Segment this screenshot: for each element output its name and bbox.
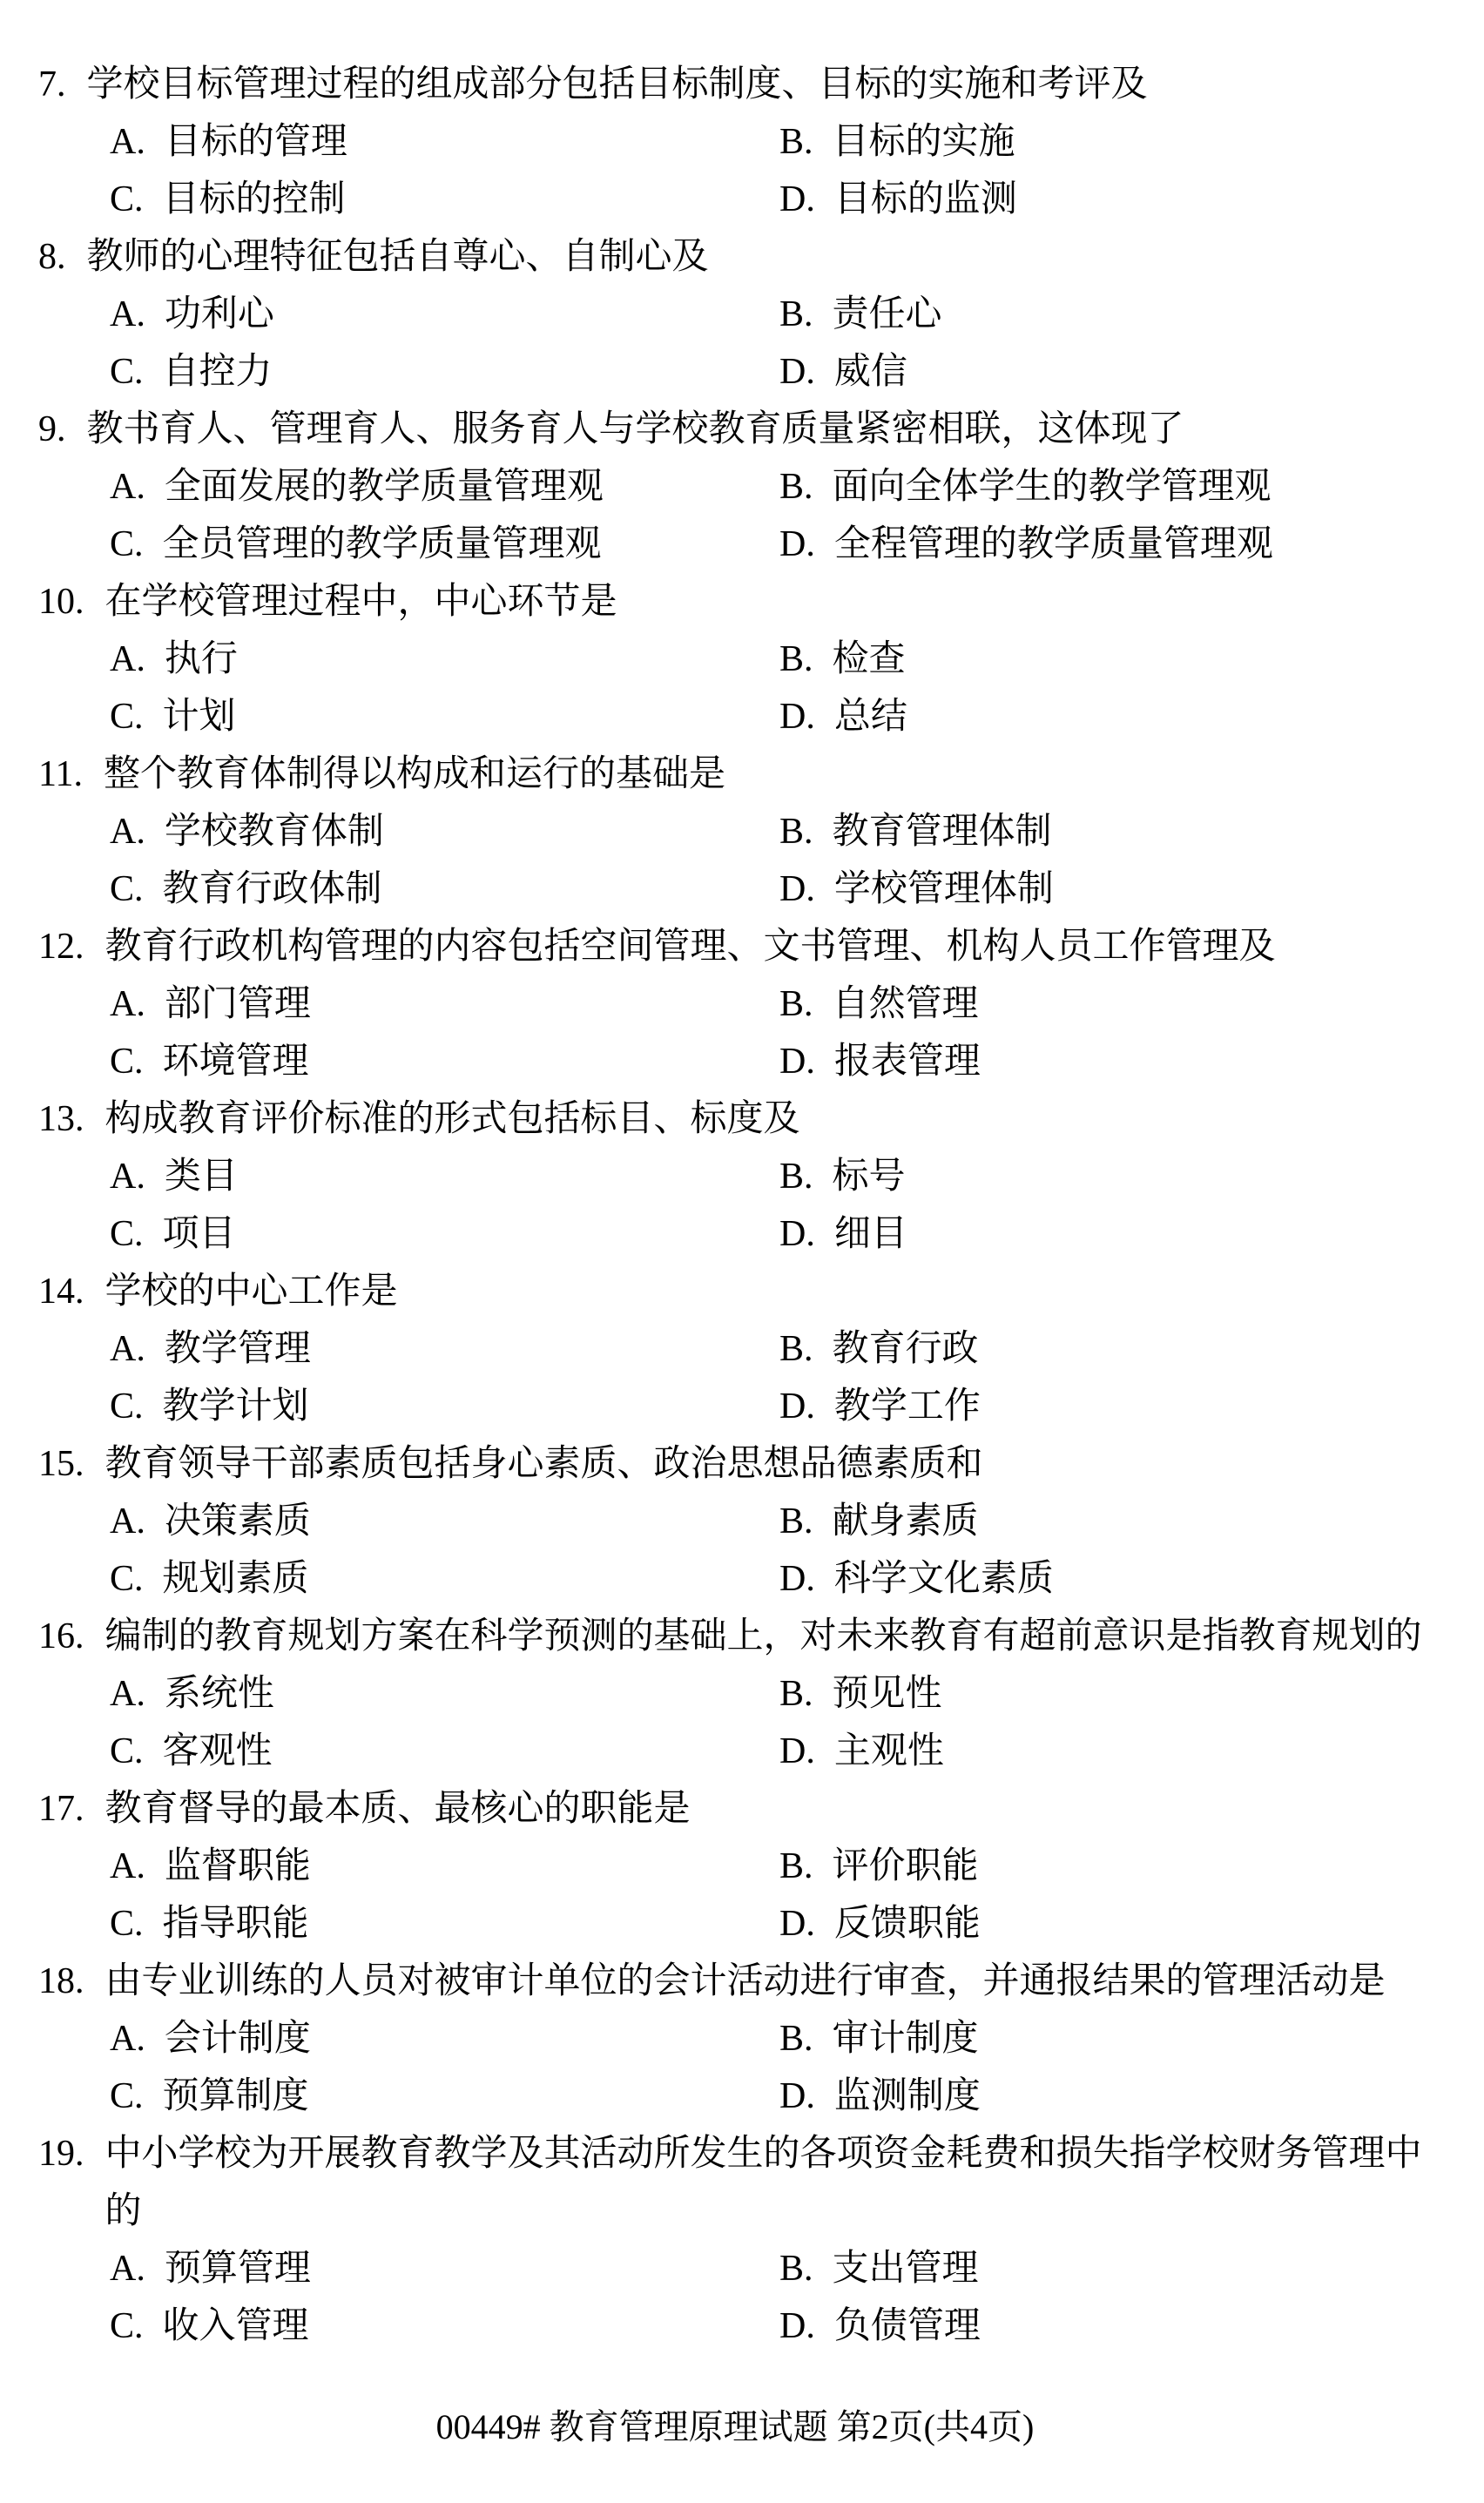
option-letter: C. bbox=[110, 1895, 144, 1953]
question: 13. 构成教育评价标准的形式包括标目、标度及 A. 类目 B. 标号 C. 项… bbox=[38, 1090, 1432, 1263]
option-text: 执行 bbox=[165, 631, 238, 688]
question-head: 14. 学校的中心工作是 bbox=[38, 1263, 1432, 1320]
question-head: 8. 教师的心理特征包括自尊心、自制心及 bbox=[38, 228, 1432, 286]
option-letter: C. bbox=[110, 1378, 144, 1435]
option-b: B. 面向全体学生的教学管理观 bbox=[779, 458, 1432, 516]
option-c: C. 目标的控制 bbox=[110, 171, 779, 228]
question-text: 在学校管理过程中，中心环节是 bbox=[105, 573, 1433, 631]
option-text: 标号 bbox=[833, 1148, 906, 1205]
option-text: 总结 bbox=[834, 688, 907, 746]
option-b: B. 教育行政 bbox=[779, 1320, 1432, 1378]
option-text: 教育行政 bbox=[833, 1320, 979, 1378]
option-letter: C. bbox=[110, 1033, 144, 1090]
question-text: 由专业训练的人员对被审计单位的会计活动进行审查，并通报结果的管理活动是 bbox=[105, 1953, 1433, 2010]
option-row-ab: A. 功利心 B. 责任心 bbox=[38, 286, 1432, 343]
option-c: C. 教育行政体制 bbox=[110, 860, 779, 918]
option-a: A. 全面发展的教学质量管理观 bbox=[110, 458, 779, 516]
option-row-cd: C. 目标的控制 D. 目标的监测 bbox=[38, 171, 1432, 228]
option-letter: D. bbox=[779, 1723, 815, 1780]
option-d: D. 威信 bbox=[779, 343, 1432, 401]
option-a: A. 目标的管理 bbox=[110, 113, 779, 171]
option-letter: B. bbox=[779, 286, 813, 343]
option-letter: A. bbox=[110, 458, 145, 516]
option-letter: B. bbox=[779, 2240, 813, 2297]
option-letter: A. bbox=[110, 113, 145, 171]
option-a: A. 功利心 bbox=[110, 286, 779, 343]
option-row-ab: A. 监督职能 B. 评价职能 bbox=[38, 1838, 1432, 1895]
option-text: 教学计划 bbox=[163, 1378, 309, 1435]
option-letter: B. bbox=[779, 975, 813, 1033]
option-letter: C. bbox=[110, 343, 144, 401]
option-text: 决策素质 bbox=[165, 1493, 311, 1550]
option-text: 主观性 bbox=[834, 1723, 944, 1780]
option-letter: A. bbox=[110, 975, 145, 1033]
option-row-ab: A. 目标的管理 B. 目标的实施 bbox=[38, 113, 1432, 171]
question: 11. 整个教育体制得以构成和运行的基础是 A. 学校教育体制 B. 教育管理体… bbox=[38, 746, 1432, 918]
option-letter: A. bbox=[110, 2010, 145, 2068]
question-text: 整个教育体制得以构成和运行的基础是 bbox=[104, 746, 1432, 803]
option-text: 学校管理体制 bbox=[834, 860, 1054, 918]
option-letter: A. bbox=[110, 1320, 145, 1378]
option-text: 反馈职能 bbox=[834, 1895, 981, 1953]
option-text: 自然管理 bbox=[833, 975, 979, 1033]
option-d: D. 细目 bbox=[779, 1205, 1432, 1263]
option-a: A. 会计制度 bbox=[110, 2010, 779, 2068]
exam-page: 7. 学校目标管理过程的组成部分包括目标制度、目标的实施和考评及 A. 目标的管… bbox=[0, 0, 1484, 2503]
option-letter: C. bbox=[110, 2068, 144, 2125]
option-letter: C. bbox=[110, 516, 144, 573]
option-row-cd: C. 教育行政体制 D. 学校管理体制 bbox=[38, 860, 1432, 918]
option-row-cd: C. 规划素质 D. 科学文化素质 bbox=[38, 1550, 1432, 1608]
option-text: 报表管理 bbox=[834, 1033, 981, 1090]
option-c: C. 教学计划 bbox=[110, 1378, 779, 1435]
option-text: 系统性 bbox=[165, 1665, 274, 1723]
option-letter: A. bbox=[110, 2240, 145, 2297]
question-head: 15. 教育领导干部素质包括身心素质、政治思想品德素质和 bbox=[38, 1435, 1432, 1493]
option-row-ab: A. 学校教育体制 B. 教育管理体制 bbox=[38, 803, 1432, 860]
option-letter: C. bbox=[110, 860, 144, 918]
option-c: C. 计划 bbox=[110, 688, 779, 746]
option-text: 功利心 bbox=[165, 286, 274, 343]
question-number: 10. bbox=[38, 573, 84, 631]
option-row-ab: A. 类目 B. 标号 bbox=[38, 1148, 1432, 1205]
option-row-ab: A. 执行 B. 检查 bbox=[38, 631, 1432, 688]
question-number: 14. bbox=[38, 1263, 84, 1320]
question-number: 19. bbox=[38, 2125, 84, 2183]
question-head: 12. 教育行政机构管理的内容包括空间管理、文书管理、机构人员工作管理及 bbox=[38, 918, 1432, 975]
option-row-cd: C. 客观性 D. 主观性 bbox=[38, 1723, 1432, 1780]
option-letter: B. bbox=[779, 1665, 813, 1723]
option-text: 计划 bbox=[163, 688, 236, 746]
question-head: 16. 编制的教育规划方案在科学预测的基础上，对未来教育有超前意识是指教育规划的 bbox=[38, 1608, 1432, 1665]
option-letter: B. bbox=[779, 1838, 813, 1895]
option-text: 学校教育体制 bbox=[165, 803, 384, 860]
page-footer: 00449# 教育管理原理试题 第2页(共4页) bbox=[38, 2405, 1432, 2449]
option-row-cd: C. 项目 D. 细目 bbox=[38, 1205, 1432, 1263]
option-b: B. 自然管理 bbox=[779, 975, 1432, 1033]
option-text: 责任心 bbox=[833, 286, 942, 343]
question-number: 7. bbox=[38, 56, 66, 113]
option-b: B. 支出管理 bbox=[779, 2240, 1432, 2297]
option-letter: C. bbox=[110, 1723, 144, 1780]
option-c: C. 客观性 bbox=[110, 1723, 779, 1780]
option-text: 目标的实施 bbox=[833, 113, 1015, 171]
option-row-cd: C. 自控力 D. 威信 bbox=[38, 343, 1432, 401]
option-letter: D. bbox=[779, 1550, 815, 1608]
option-b: B. 教育管理体制 bbox=[779, 803, 1432, 860]
option-letter: D. bbox=[779, 1895, 815, 1953]
option-d: D. 全程管理的教学质量管理观 bbox=[779, 516, 1432, 573]
option-text: 教育行政体制 bbox=[163, 860, 382, 918]
option-c: C. 项目 bbox=[110, 1205, 779, 1263]
question-text: 教师的心理特征包括自尊心、自制心及 bbox=[87, 228, 1433, 286]
question: 16. 编制的教育规划方案在科学预测的基础上，对未来教育有超前意识是指教育规划的… bbox=[38, 1608, 1432, 1780]
option-text: 审计制度 bbox=[833, 2010, 979, 2068]
option-b: B. 献身素质 bbox=[779, 1493, 1432, 1550]
question: 14. 学校的中心工作是 A. 教学管理 B. 教育行政 C. 教学计划 D. … bbox=[38, 1263, 1432, 1435]
question-text: 学校的中心工作是 bbox=[105, 1263, 1433, 1320]
option-letter: B. bbox=[779, 113, 813, 171]
option-a: A. 执行 bbox=[110, 631, 779, 688]
option-c: C. 环境管理 bbox=[110, 1033, 779, 1090]
option-letter: C. bbox=[110, 2297, 144, 2355]
question-head: 10. 在学校管理过程中，中心环节是 bbox=[38, 573, 1432, 631]
option-row-cd: C. 教学计划 D. 教学工作 bbox=[38, 1378, 1432, 1435]
option-letter: D. bbox=[779, 171, 815, 228]
question-text: 学校目标管理过程的组成部分包括目标制度、目标的实施和考评及 bbox=[87, 56, 1433, 113]
option-a: A. 教学管理 bbox=[110, 1320, 779, 1378]
option-text: 规划素质 bbox=[163, 1550, 309, 1608]
option-row-ab: A. 全面发展的教学质量管理观 B. 面向全体学生的教学管理观 bbox=[38, 458, 1432, 516]
option-text: 教学管理 bbox=[165, 1320, 311, 1378]
question: 15. 教育领导干部素质包括身心素质、政治思想品德素质和 A. 决策素质 B. … bbox=[38, 1435, 1432, 1608]
option-letter: B. bbox=[779, 631, 813, 688]
option-letter: C. bbox=[110, 1205, 144, 1263]
option-text: 预算管理 bbox=[165, 2240, 311, 2297]
option-a: A. 预算管理 bbox=[110, 2240, 779, 2297]
option-text: 评价职能 bbox=[833, 1838, 979, 1895]
question-head: 11. 整个教育体制得以构成和运行的基础是 bbox=[38, 746, 1432, 803]
option-text: 教学工作 bbox=[834, 1378, 981, 1435]
option-letter: B. bbox=[779, 1493, 813, 1550]
option-letter: A. bbox=[110, 1838, 145, 1895]
question: 10. 在学校管理过程中，中心环节是 A. 执行 B. 检查 C. 计划 D. … bbox=[38, 573, 1432, 746]
option-row-ab: A. 教学管理 B. 教育行政 bbox=[38, 1320, 1432, 1378]
option-c: C. 指导职能 bbox=[110, 1895, 779, 1953]
question-head: 9. 教书育人、管理育人、服务育人与学校教育质量紧密相联，这体现了 bbox=[38, 401, 1432, 458]
option-text: 收入管理 bbox=[163, 2297, 309, 2355]
question-number: 11. bbox=[38, 746, 83, 803]
option-letter: B. bbox=[779, 458, 813, 516]
option-text: 面向全体学生的教学管理观 bbox=[833, 458, 1272, 516]
question-head: 19. 中小学校为开展教育教学及其活动所发生的各项资金耗费和损失指学校财务管理中… bbox=[38, 2125, 1432, 2240]
option-text: 全面发展的教学质量管理观 bbox=[165, 458, 604, 516]
option-row-cd: C. 预算制度 D. 监测制度 bbox=[38, 2068, 1432, 2125]
question-text: 教育督导的最本质、最核心的职能是 bbox=[105, 1780, 1433, 1838]
option-b: B. 审计制度 bbox=[779, 2010, 1432, 2068]
option-b: B. 责任心 bbox=[779, 286, 1432, 343]
option-letter: D. bbox=[779, 1378, 815, 1435]
question-number: 15. bbox=[38, 1435, 84, 1493]
option-a: A. 监督职能 bbox=[110, 1838, 779, 1895]
question-head: 17. 教育督导的最本质、最核心的职能是 bbox=[38, 1780, 1432, 1838]
option-a: A. 学校教育体制 bbox=[110, 803, 779, 860]
option-letter: D. bbox=[779, 1033, 815, 1090]
question: 12. 教育行政机构管理的内容包括空间管理、文书管理、机构人员工作管理及 A. … bbox=[38, 918, 1432, 1090]
option-c: C. 全员管理的教学质量管理观 bbox=[110, 516, 779, 573]
option-text: 指导职能 bbox=[163, 1895, 309, 1953]
option-text: 预算制度 bbox=[163, 2068, 309, 2125]
option-row-cd: C. 收入管理 D. 负债管理 bbox=[38, 2297, 1432, 2355]
option-row-cd: C. 环境管理 D. 报表管理 bbox=[38, 1033, 1432, 1090]
option-d: D. 教学工作 bbox=[779, 1378, 1432, 1435]
question-number: 13. bbox=[38, 1090, 84, 1148]
option-c: C. 自控力 bbox=[110, 343, 779, 401]
option-d: D. 目标的监测 bbox=[779, 171, 1432, 228]
option-d: D. 主观性 bbox=[779, 1723, 1432, 1780]
option-row-cd: C. 全员管理的教学质量管理观 D. 全程管理的教学质量管理观 bbox=[38, 516, 1432, 573]
option-row-ab: A. 系统性 B. 预见性 bbox=[38, 1665, 1432, 1723]
option-text: 项目 bbox=[163, 1205, 236, 1263]
option-letter: A. bbox=[110, 631, 145, 688]
question-number: 9. bbox=[38, 401, 66, 458]
option-b: B. 评价职能 bbox=[779, 1838, 1432, 1895]
option-text: 预见性 bbox=[833, 1665, 942, 1723]
question-number: 8. bbox=[38, 228, 66, 286]
option-text: 负债管理 bbox=[834, 2297, 981, 2355]
question-text: 教育领导干部素质包括身心素质、政治思想品德素质和 bbox=[105, 1435, 1433, 1493]
question-text: 中小学校为开展教育教学及其活动所发生的各项资金耗费和损失指学校财务管理中的 bbox=[105, 2125, 1433, 2240]
question-number: 17. bbox=[38, 1780, 84, 1838]
option-a: A. 系统性 bbox=[110, 1665, 779, 1723]
question: 19. 中小学校为开展教育教学及其活动所发生的各项资金耗费和损失指学校财务管理中… bbox=[38, 2125, 1432, 2355]
option-letter: A. bbox=[110, 1148, 145, 1205]
option-c: C. 规划素质 bbox=[110, 1550, 779, 1608]
option-text: 细目 bbox=[834, 1205, 907, 1263]
option-letter: D. bbox=[779, 2068, 815, 2125]
option-text: 全程管理的教学质量管理观 bbox=[834, 516, 1273, 573]
option-text: 类目 bbox=[165, 1148, 238, 1205]
question-text: 教书育人、管理育人、服务育人与学校教育质量紧密相联，这体现了 bbox=[87, 401, 1433, 458]
option-text: 教育管理体制 bbox=[833, 803, 1052, 860]
option-text: 全员管理的教学质量管理观 bbox=[163, 516, 602, 573]
option-text: 监督职能 bbox=[165, 1838, 311, 1895]
option-text: 支出管理 bbox=[833, 2240, 979, 2297]
question-list: 7. 学校目标管理过程的组成部分包括目标制度、目标的实施和考评及 A. 目标的管… bbox=[38, 56, 1432, 2355]
option-letter: B. bbox=[779, 803, 813, 860]
option-d: D. 反馈职能 bbox=[779, 1895, 1432, 1953]
option-letter: B. bbox=[779, 1320, 813, 1378]
option-text: 自控力 bbox=[163, 343, 273, 401]
question-head: 7. 学校目标管理过程的组成部分包括目标制度、目标的实施和考评及 bbox=[38, 56, 1432, 113]
option-letter: A. bbox=[110, 803, 145, 860]
question-text: 编制的教育规划方案在科学预测的基础上，对未来教育有超前意识是指教育规划的 bbox=[105, 1608, 1433, 1665]
option-letter: C. bbox=[110, 1550, 144, 1608]
question-number: 18. bbox=[38, 1953, 84, 2010]
option-b: B. 预见性 bbox=[779, 1665, 1432, 1723]
question: 9. 教书育人、管理育人、服务育人与学校教育质量紧密相联，这体现了 A. 全面发… bbox=[38, 401, 1432, 573]
option-row-ab: A. 预算管理 B. 支出管理 bbox=[38, 2240, 1432, 2297]
question-head: 13. 构成教育评价标准的形式包括标目、标度及 bbox=[38, 1090, 1432, 1148]
question-text: 教育行政机构管理的内容包括空间管理、文书管理、机构人员工作管理及 bbox=[105, 918, 1433, 975]
option-letter: B. bbox=[779, 1148, 813, 1205]
option-text: 科学文化素质 bbox=[834, 1550, 1054, 1608]
question: 7. 学校目标管理过程的组成部分包括目标制度、目标的实施和考评及 A. 目标的管… bbox=[38, 56, 1432, 228]
option-b: B. 检查 bbox=[779, 631, 1432, 688]
option-letter: D. bbox=[779, 688, 815, 746]
option-a: A. 决策素质 bbox=[110, 1493, 779, 1550]
question-number: 12. bbox=[38, 918, 84, 975]
option-letter: D. bbox=[779, 860, 815, 918]
question: 17. 教育督导的最本质、最核心的职能是 A. 监督职能 B. 评价职能 C. … bbox=[38, 1780, 1432, 1953]
option-row-ab: A. 决策素质 B. 献身素质 bbox=[38, 1493, 1432, 1550]
option-text: 环境管理 bbox=[163, 1033, 309, 1090]
option-d: D. 学校管理体制 bbox=[779, 860, 1432, 918]
option-c: C. 收入管理 bbox=[110, 2297, 779, 2355]
option-text: 客观性 bbox=[163, 1723, 273, 1780]
option-d: D. 报表管理 bbox=[779, 1033, 1432, 1090]
option-row-ab: A. 部门管理 B. 自然管理 bbox=[38, 975, 1432, 1033]
option-text: 目标的管理 bbox=[165, 113, 347, 171]
option-text: 检查 bbox=[833, 631, 906, 688]
question: 18. 由专业训练的人员对被审计单位的会计活动进行审查，并通报结果的管理活动是 … bbox=[38, 1953, 1432, 2125]
option-text: 目标的监测 bbox=[834, 171, 1017, 228]
option-d: D. 监测制度 bbox=[779, 2068, 1432, 2125]
option-text: 目标的控制 bbox=[163, 171, 346, 228]
option-b: B. 标号 bbox=[779, 1148, 1432, 1205]
question-head: 18. 由专业训练的人员对被审计单位的会计活动进行审查，并通报结果的管理活动是 bbox=[38, 1953, 1432, 2010]
option-c: C. 预算制度 bbox=[110, 2068, 779, 2125]
option-a: A. 部门管理 bbox=[110, 975, 779, 1033]
option-letter: C. bbox=[110, 171, 144, 228]
question-text: 构成教育评价标准的形式包括标目、标度及 bbox=[105, 1090, 1433, 1148]
option-row-ab: A. 会计制度 B. 审计制度 bbox=[38, 2010, 1432, 2068]
option-b: B. 目标的实施 bbox=[779, 113, 1432, 171]
option-letter: D. bbox=[779, 2297, 815, 2355]
question: 8. 教师的心理特征包括自尊心、自制心及 A. 功利心 B. 责任心 C. 自控… bbox=[38, 228, 1432, 401]
option-row-cd: C. 计划 D. 总结 bbox=[38, 688, 1432, 746]
option-letter: A. bbox=[110, 286, 145, 343]
option-text: 监测制度 bbox=[834, 2068, 981, 2125]
option-letter: D. bbox=[779, 1205, 815, 1263]
option-text: 献身素质 bbox=[833, 1493, 979, 1550]
option-letter: A. bbox=[110, 1665, 145, 1723]
option-text: 会计制度 bbox=[165, 2010, 311, 2068]
option-a: A. 类目 bbox=[110, 1148, 779, 1205]
option-row-cd: C. 指导职能 D. 反馈职能 bbox=[38, 1895, 1432, 1953]
option-text: 威信 bbox=[834, 343, 907, 401]
option-d: D. 负债管理 bbox=[779, 2297, 1432, 2355]
option-letter: A. bbox=[110, 1493, 145, 1550]
option-letter: D. bbox=[779, 343, 815, 401]
question-number: 16. bbox=[38, 1608, 84, 1665]
option-letter: C. bbox=[110, 688, 144, 746]
option-text: 部门管理 bbox=[165, 975, 311, 1033]
option-letter: D. bbox=[779, 516, 815, 573]
option-letter: B. bbox=[779, 2010, 813, 2068]
option-d: D. 科学文化素质 bbox=[779, 1550, 1432, 1608]
option-d: D. 总结 bbox=[779, 688, 1432, 746]
